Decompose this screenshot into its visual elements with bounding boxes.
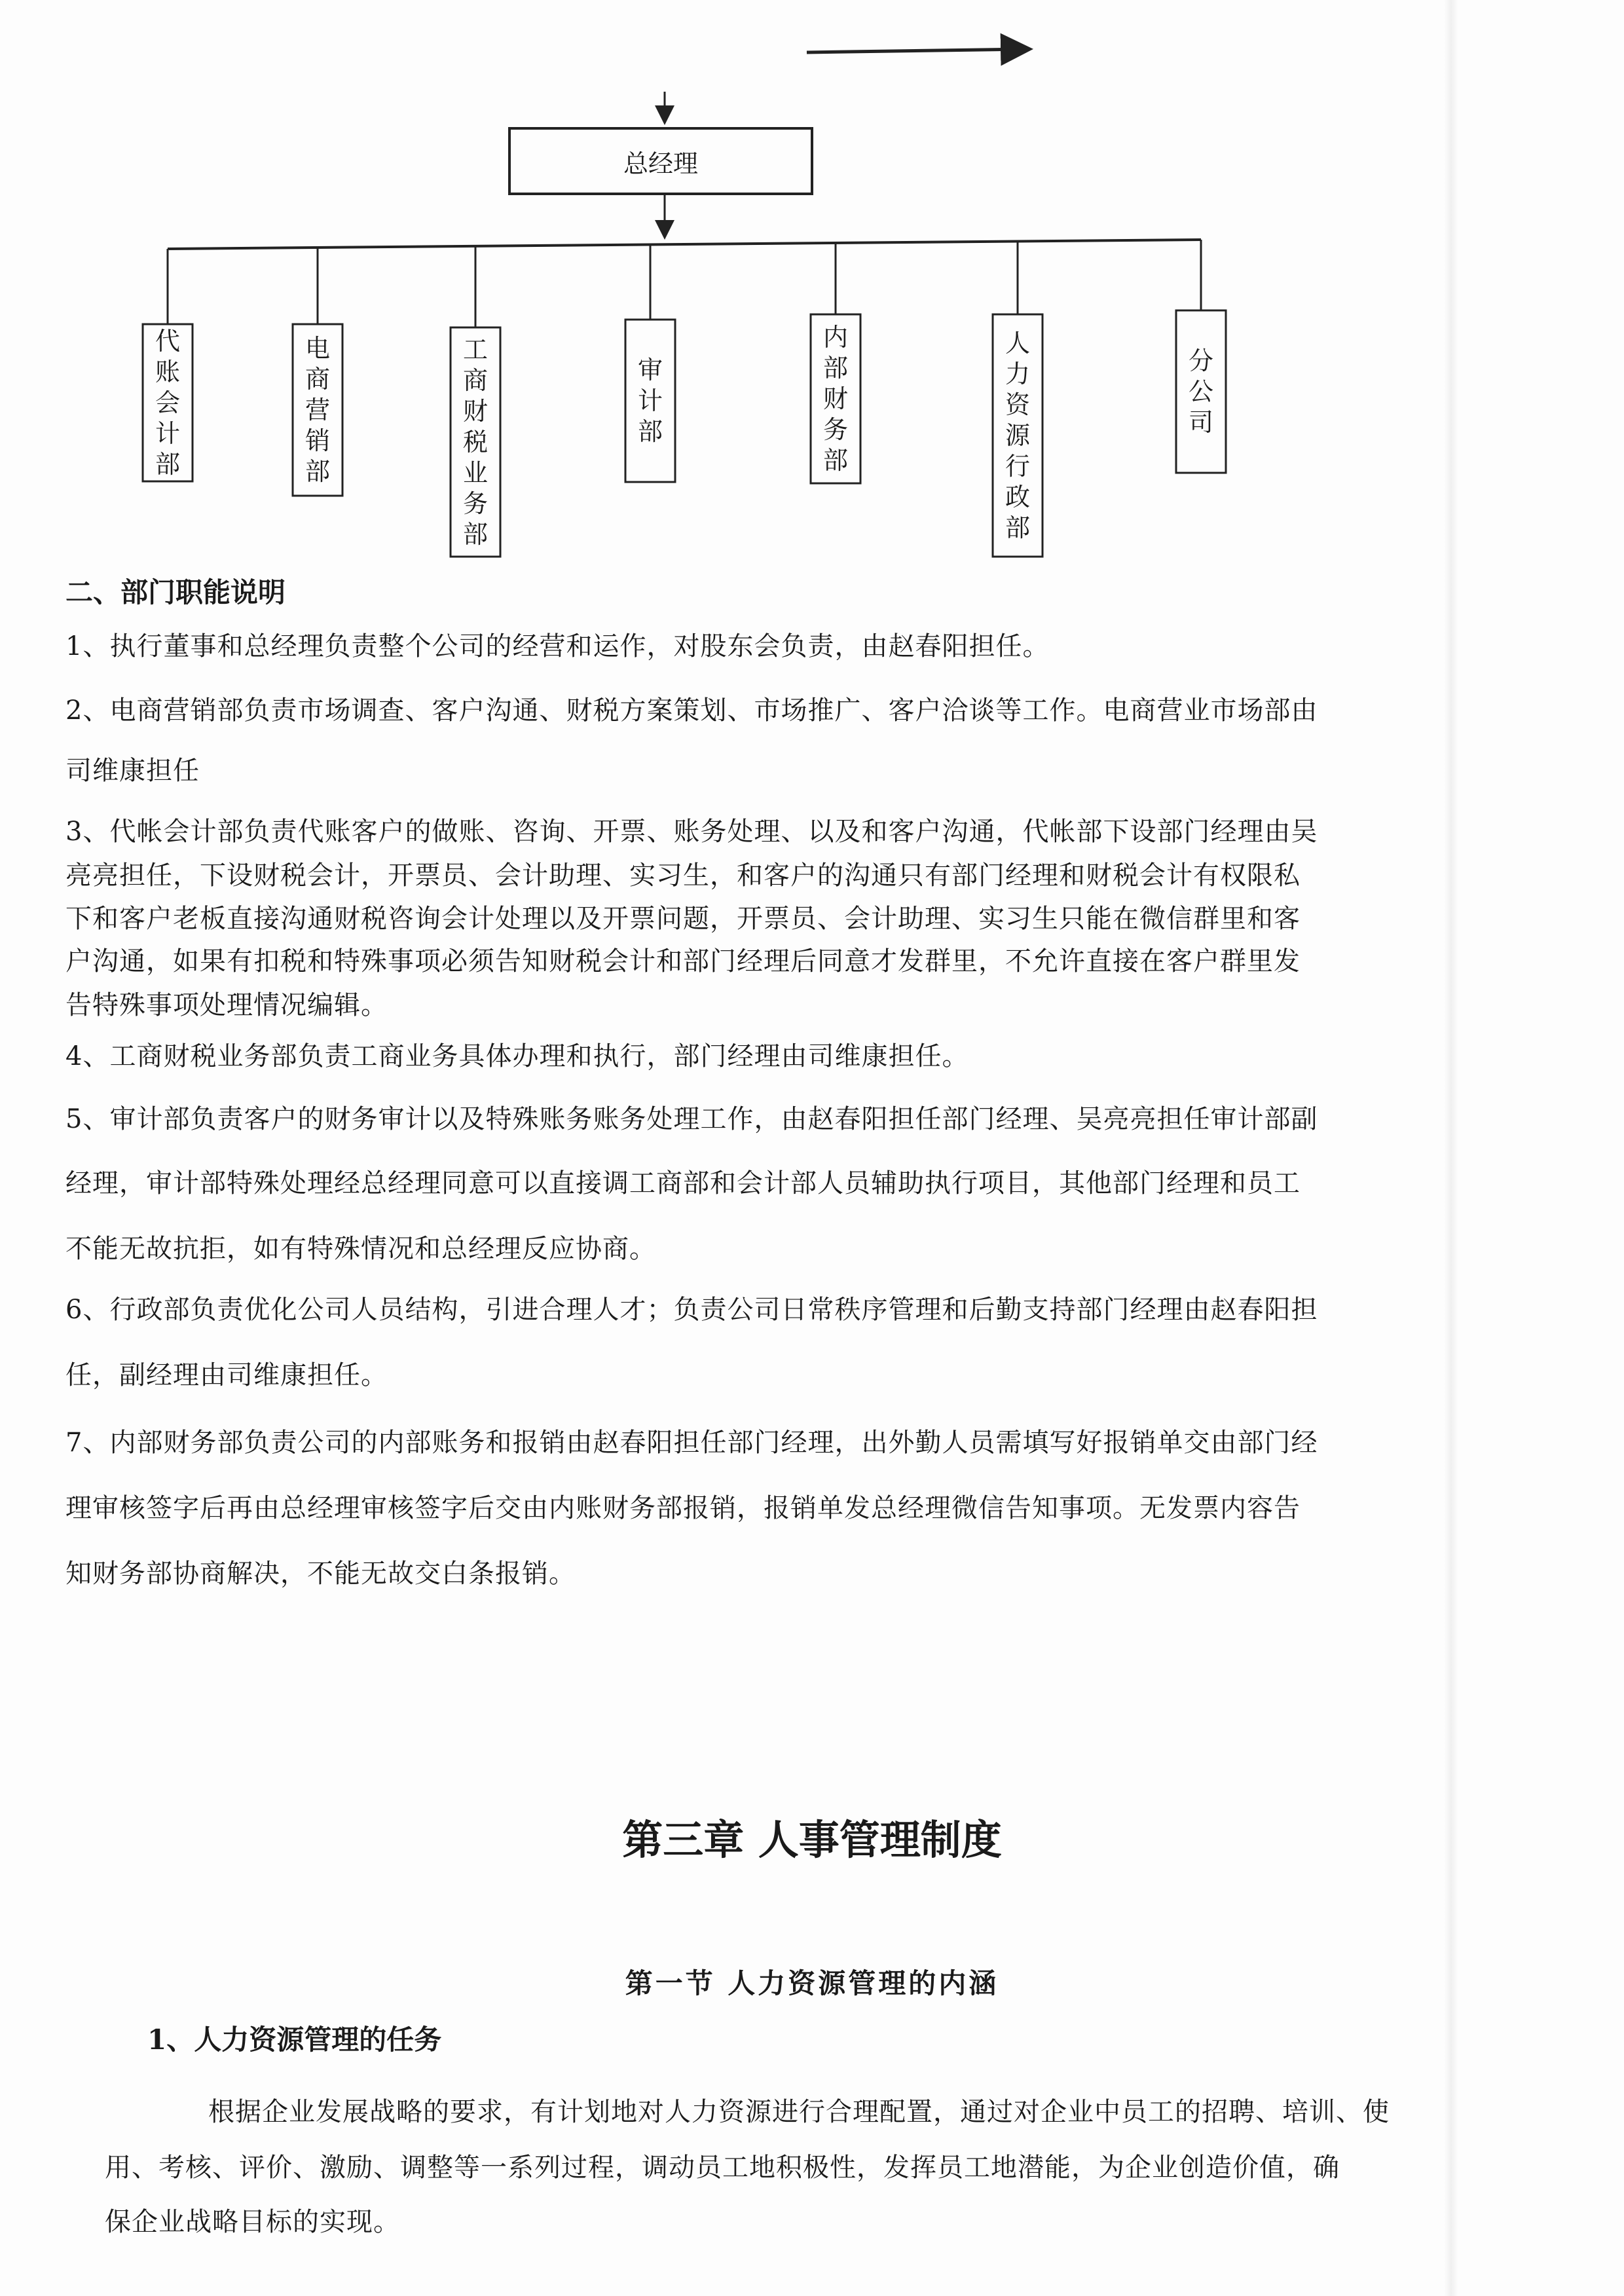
department-label-char: 部 [638,417,663,447]
item-2-line-1: 2、电商营销部负责市场调查、客户沟通、财税方案策划、市场推广、客户洽谈等工作。电… [65,694,1467,727]
top-right-arrow [807,49,1027,52]
item-6-line-2: 任，副经理由司维康担任。 [65,1359,1467,1392]
department-label-char: 财 [823,384,848,415]
department-label-char: 力 [1005,359,1030,390]
department-label-char: 销 [305,426,330,456]
department-box-label: 审计部 [625,320,675,482]
item-3-line-1: 3、代帐会计部负责代账客户的做账、咨询、开票、账务处理、以及和客户沟通，代帐部下… [65,815,1467,848]
item-3-line-4: 户沟通，如果有扣税和特殊事项必须告知财税会计和部门经理后同意才发群里，不允许直接… [65,945,1467,978]
department-label-char: 源 [1005,420,1030,451]
org-chart [0,0,1624,576]
department-label-char: 代 [155,326,180,357]
department-box-label: 代账会计部 [143,324,193,481]
department-label-char: 账 [155,357,180,388]
department-label-char: 公 [1189,377,1213,407]
item-1: 1、执行董事和总经理负责整个公司的经营和运作，对股东会负责，由赵春阳担任。 [65,630,1467,663]
department-label-char: 计 [638,386,663,417]
department-label-char: 财 [463,396,488,427]
department-label-char: 商 [463,365,488,396]
subheading-hr-tasks: 1、人力资源管理的任务 [147,2024,1549,2056]
department-label-char: 工 [463,335,488,365]
item-7-line-3: 知财务部协商解决，不能无故交白条报销。 [65,1557,1467,1590]
department-label-char: 营 [305,395,330,426]
department-label-char: 人 [1005,328,1030,359]
department-bus-line [168,240,1201,249]
department-label-char: 会 [155,388,180,418]
department-label-char: 商 [305,364,330,395]
department-label-char: 部 [155,449,180,480]
item-5-line-3: 不能无故抗拒，如有特殊情况和总经理反应协商。 [65,1232,1467,1265]
item-3-line-2: 亮亮担任，下设财税会计，开票员、会计助理、实习生，和客户的沟通只有部门经理和财税… [65,859,1467,892]
department-label-char: 务 [823,415,848,445]
department-label-char: 税 [463,427,488,458]
department-label-char: 分 [1189,346,1213,377]
item-2-line-2: 司维康担任 [65,754,1467,787]
department-label-char: 内 [823,322,848,353]
body-line-1: 根据企业发展战略的要求，有计划地对人力资源进行合理配置，通过对企业中员工的招聘、… [208,2096,1472,2128]
item-7-line-2: 理审核签字后再由总经理审核签字后交由内账财务部报销，报销单发总经理微信告知事项。… [65,1492,1467,1525]
department-label-char: 业 [463,458,488,489]
department-label-char: 部 [823,445,848,476]
department-label-char: 计 [155,418,180,449]
item-7-line-1: 7、内部财务部负责公司的内部账务和报销由赵春阳担任部门经理，出外勤人员需填写好报… [65,1426,1467,1459]
department-box-label: 分公司 [1176,310,1226,473]
general-manager-label: 总经理 [509,128,812,194]
body-line-3: 保企业战略目标的实现。 [105,2206,1506,2238]
department-label-char: 部 [823,353,848,384]
item-3-line-5: 告特殊事项处理情况编辑。 [65,989,1467,1022]
department-box-label: 人力资源行政部 [993,314,1043,557]
item-5-line-1: 5、审计部负责客户的财务审计以及特殊账务账务处理工作，由赵春阳担任部门经理、吴亮… [65,1103,1467,1136]
department-box-label: 内部财务部 [811,314,860,483]
department-box-label: 工商财税业务部 [451,327,500,557]
section-title: 第一节 人力资源管理的内涵 [0,1962,1624,2001]
item-4: 4、工商财税业务部负责工商业务具体办理和执行，部门经理由司维康担任。 [65,1040,1467,1073]
item-5-line-2: 经理，审计部特殊处理经总经理同意可以直接调工商部和会计部人员辅助执行项目，其他部… [65,1167,1467,1200]
department-label-char: 部 [463,519,488,550]
department-label-char: 资 [1005,390,1030,420]
section-heading-department-functions: 二、部门职能说明 [65,576,1467,609]
department-label-char: 部 [305,456,330,487]
department-box-label: 电商营销部 [293,324,342,496]
department-label-char: 司 [1189,407,1213,438]
department-label-char: 电 [305,333,330,364]
department-label-char: 行 [1005,451,1030,482]
item-6-line-1: 6、行政部负责优化公司人员结构，引进合理人才；负责公司日常秩序管理和后勤支持部门… [65,1293,1467,1326]
item-3-line-3: 下和客户老板直接沟通财税咨询会计处理以及开票问题，开票员、会计助理、实习生只能在… [65,902,1467,935]
department-label-char: 政 [1005,482,1030,513]
department-label-char: 务 [463,489,488,519]
department-label-char: 审 [638,355,663,386]
body-line-2: 用、考核、评价、激励、调整等一系列过程，调动员工地积极性，发挥员工地潜能，为企业… [105,2151,1506,2184]
chapter-title: 第三章 人事管理制度 [0,1807,1624,1866]
department-label-char: 部 [1005,513,1030,544]
